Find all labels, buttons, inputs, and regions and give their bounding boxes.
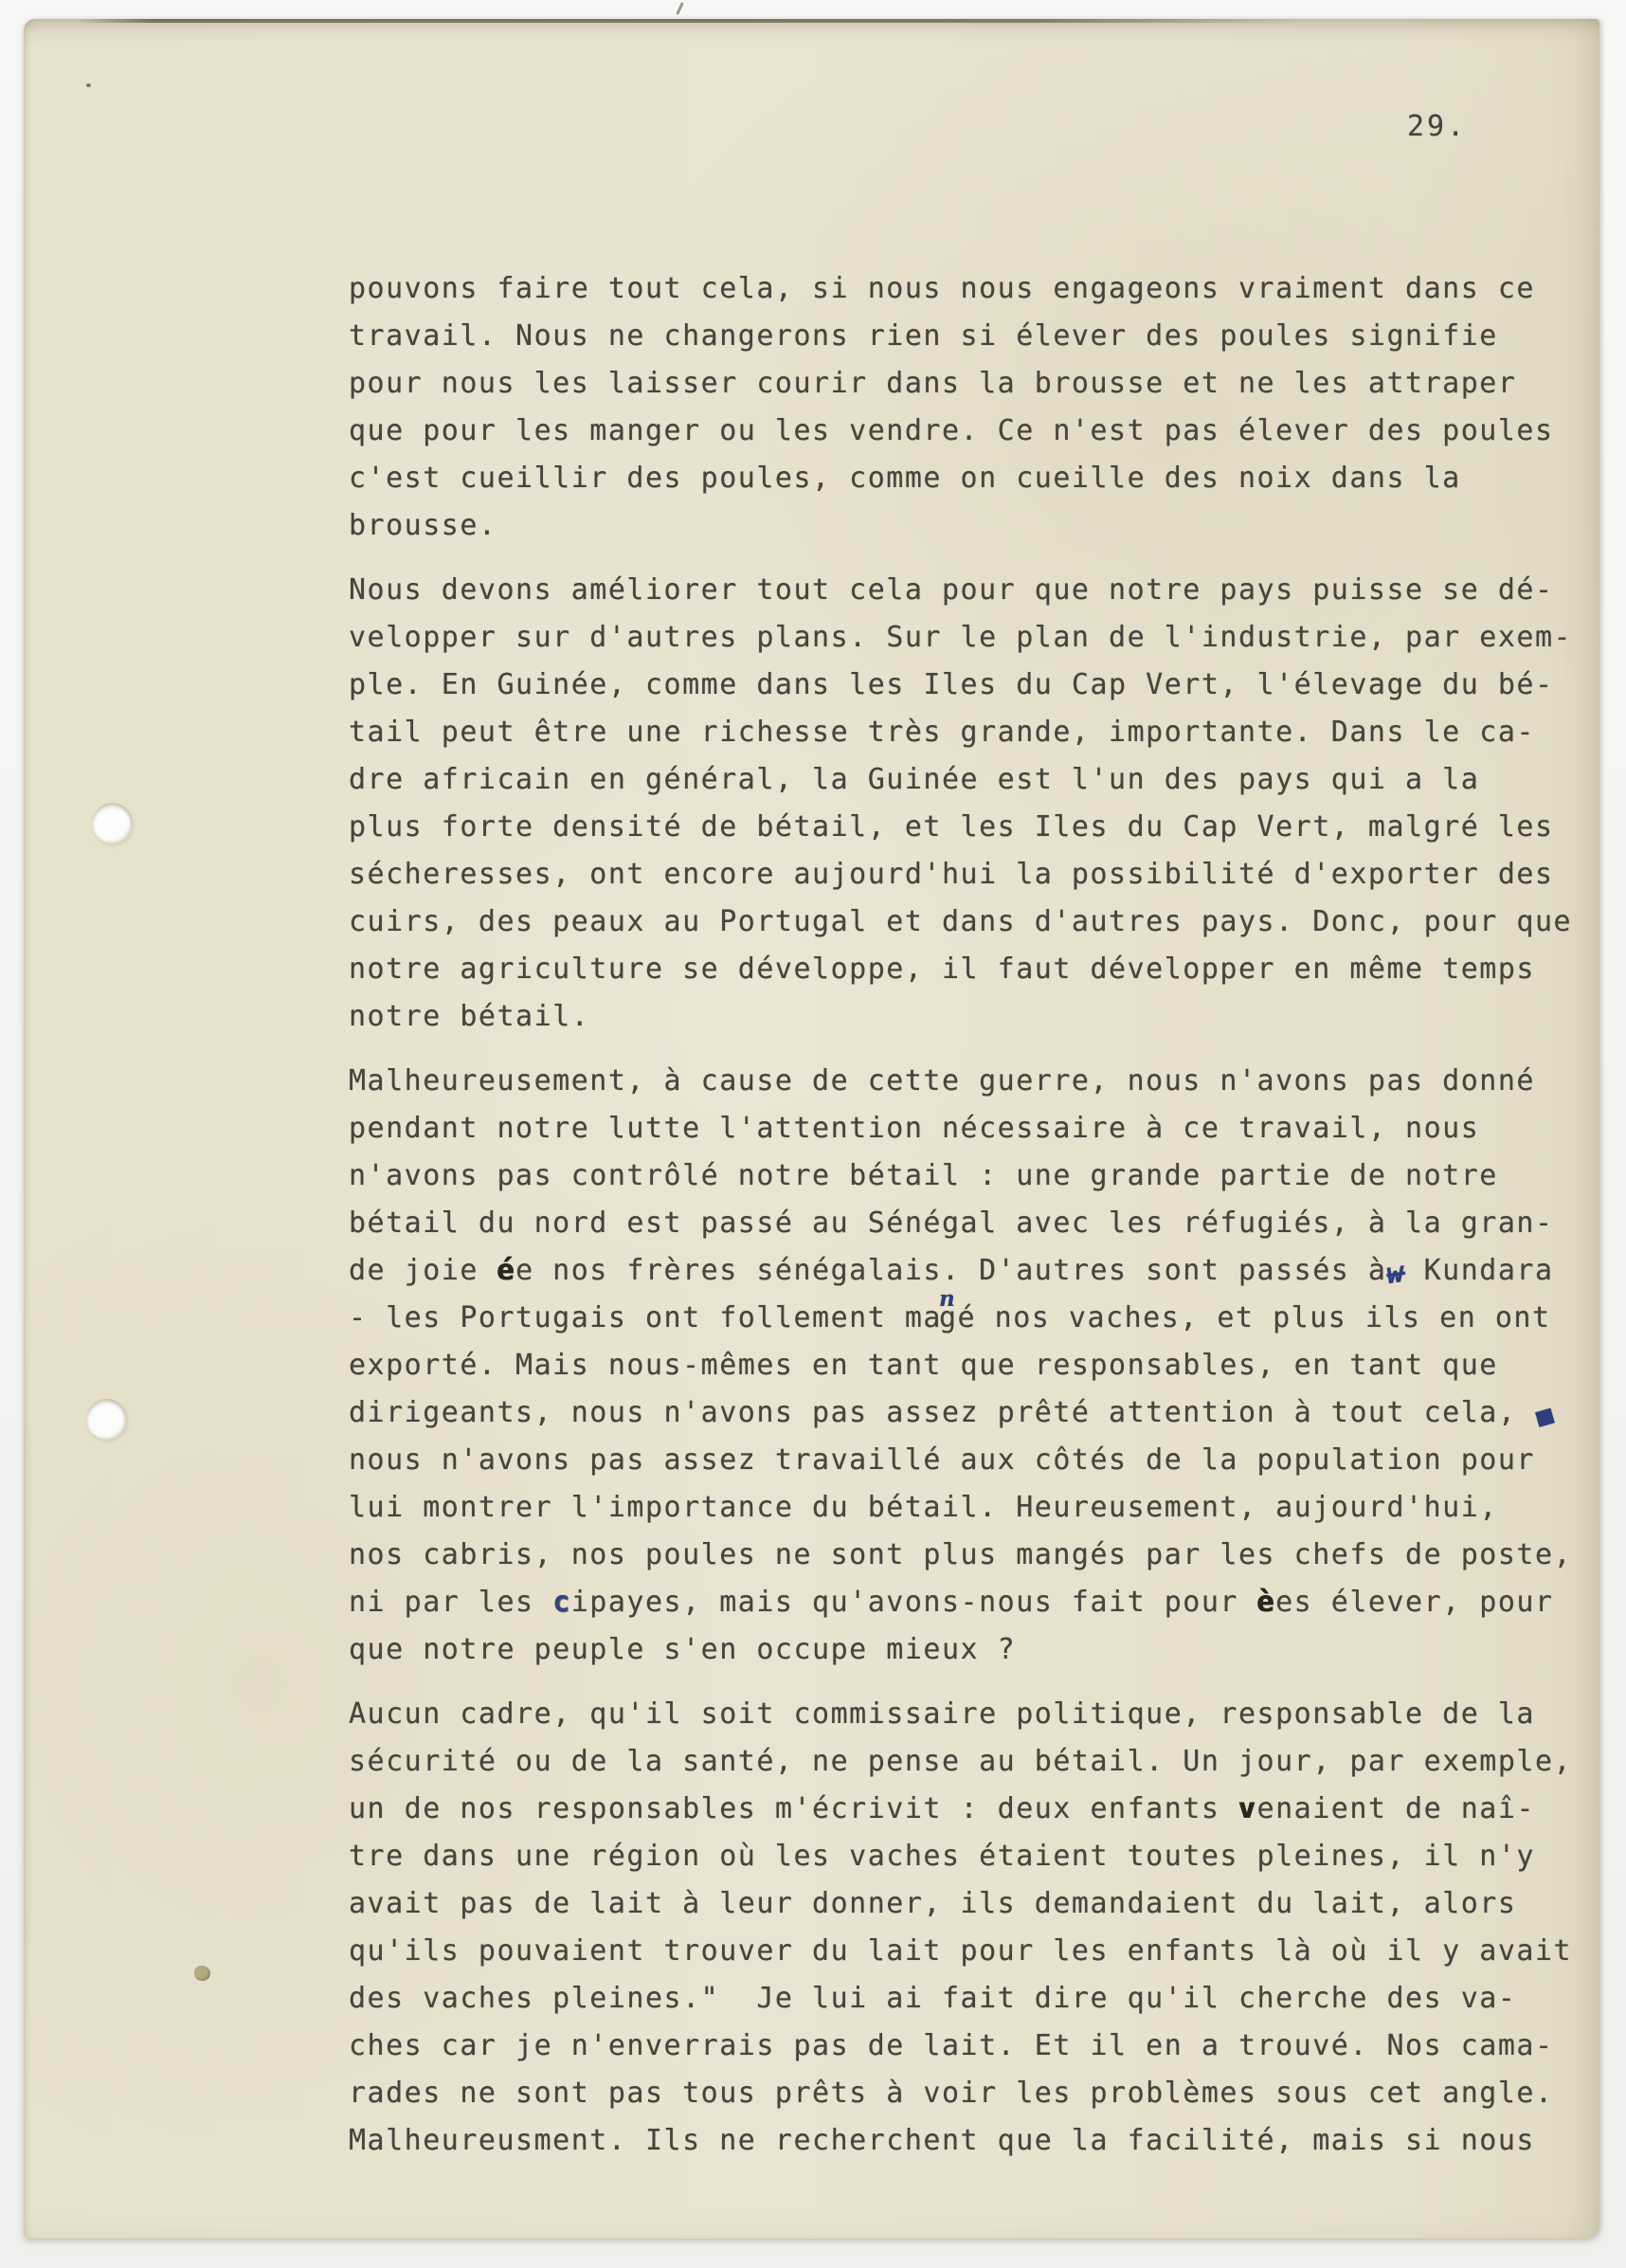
text-line: tre dans une région où les vaches étaien… — [349, 1833, 1599, 1880]
text-line: bétail du nord est passé au Sénégal avec… — [349, 1200, 1599, 1247]
text-line: nous n'avons pas assez travaillé aux côt… — [349, 1437, 1599, 1484]
text-line: dre africain en général, la Guinée est l… — [349, 756, 1599, 804]
paragraph: pouvons faire tout cela, si nous nous en… — [349, 265, 1599, 550]
text-segment: enaient de naî- — [1257, 1792, 1535, 1825]
text-segment: un de nos responsables m'écrivit : deux … — [349, 1792, 1238, 1825]
text-segment: - les Portugais ont follement ma — [349, 1301, 942, 1334]
text-line: exporté. Mais nous-mêmes en tant que res… — [349, 1342, 1599, 1389]
scan-background: 29. pouvons faire tout cela, si nous nou… — [0, 0, 1626, 2268]
text-line: n'avons pas contrôlé notre bétail : une … — [349, 1152, 1599, 1200]
overstruck-char: v — [1238, 1792, 1257, 1825]
text-segment: pouvons faire tout cela, si nous nous en… — [349, 272, 1535, 305]
text-line: plus forte densité de bétail, et les Ile… — [349, 804, 1599, 851]
text-line: pendant notre lutte l'attention nécessai… — [349, 1105, 1599, 1152]
text-line: travail. Nous ne changerons rien si élev… — [349, 313, 1599, 360]
text-line: des vaches pleines." Je lui ai fait dire… — [349, 1975, 1599, 2023]
text-segment: Kundara — [1405, 1254, 1554, 1287]
text-line: nos cabris, nos poules ne sont plus mang… — [349, 1532, 1599, 1579]
overstruck-char: é — [497, 1254, 516, 1287]
paper-speck — [86, 83, 91, 87]
text-segment: pour nous les laisser courir dans la bro… — [349, 367, 1516, 400]
text-segment: sécheresses, ont encore aujourd'hui la p… — [349, 858, 1554, 891]
text-line: rades ne sont pas tous prêts à voir les … — [349, 2070, 1599, 2117]
text-segment: notre bétail. — [349, 1000, 589, 1033]
text-segment: Malheureusment. Ils ne recherchent que l… — [349, 2124, 1535, 2157]
text-segment: notre agriculture se développe, il faut … — [349, 953, 1535, 986]
text-segment: exporté. Mais nous-mêmes en tant que res… — [349, 1349, 1498, 1382]
document-page: 29. pouvons faire tout cela, si nous nou… — [24, 19, 1599, 2239]
text-segment: travail. Nous ne changerons rien si élev… — [349, 319, 1498, 353]
text-line: brousse. — [349, 502, 1599, 550]
text-segment: velopper sur d'autres plans. Sur le plan… — [349, 621, 1572, 654]
text-segment: lui montrer l'importance du bétail. Heur… — [349, 1491, 1498, 1524]
text-segment: des vaches pleines." Je lui ai fait dire… — [349, 1982, 1516, 2015]
text-line: sécheresses, ont encore aujourd'hui la p… — [349, 851, 1599, 898]
text-line: tail peut être une richesse très grande,… — [349, 709, 1599, 756]
typewritten-text: pouvons faire tout cela, si nous nous en… — [349, 265, 1599, 2182]
text-segment: pendant notre lutte l'attention nécessai… — [349, 1112, 1479, 1145]
text-line: dirigeants, nous n'avons pas assez prêté… — [349, 1389, 1599, 1437]
text-line: velopper sur d'autres plans. Sur le plan… — [349, 614, 1599, 662]
text-line: - les Portugais ont follement mangé nos … — [349, 1295, 1599, 1342]
text-segment: cuirs, des peaux au Portugal et dans d'a… — [349, 905, 1572, 938]
paragraph: Nous devons améliorer tout cela pour que… — [349, 567, 1599, 1041]
text-segment: es élever, pour — [1275, 1586, 1553, 1619]
text-segment: tail peut être une richesse très grande,… — [349, 716, 1535, 749]
hole-punch — [92, 803, 133, 844]
text-line: avait pas de lait à leur donner, ils dem… — [349, 1880, 1599, 1928]
text-segment: bétail du nord est passé au Sénégal avec… — [349, 1207, 1554, 1240]
paragraph: Malheureusement, à cause de cette guerre… — [349, 1058, 1599, 1674]
text-segment: n'avons pas contrôlé notre bétail : une … — [349, 1159, 1498, 1192]
text-line: Nous devons améliorer tout cela pour que… — [349, 567, 1599, 614]
text-segment: e nos frères sénégalais. D'autres sont p… — [515, 1254, 1386, 1287]
text-line: pouvons faire tout cela, si nous nous en… — [349, 265, 1599, 313]
text-line: que notre peuple s'en occupe mieux ? — [349, 1626, 1599, 1674]
text-line: ni par les cipayes, mais qu'avons-nous f… — [349, 1579, 1599, 1626]
text-segment: c'est cueillir des poules, comme on cuei… — [349, 462, 1461, 495]
text-line: que pour les manger ou les vendre. Ce n'… — [349, 408, 1599, 455]
text-segment: de joie — [349, 1254, 497, 1287]
text-segment: que notre peuple s'en occupe mieux ? — [349, 1633, 1016, 1666]
text-segment: nos cabris, nos poules ne sont plus mang… — [349, 1538, 1572, 1571]
text-line: cuirs, des peaux au Portugal et dans d'a… — [349, 898, 1599, 946]
text-segment: nous n'avons pas assez travaillé aux côt… — [349, 1443, 1535, 1477]
hole-punch — [86, 1399, 127, 1440]
text-segment: ches car je n'enverrais pas de lait. Et … — [349, 2029, 1554, 2062]
text-segment: sécurité ou de la santé, ne pense au bét… — [349, 1745, 1572, 1778]
text-line: un de nos responsables m'écrivit : deux … — [349, 1786, 1599, 1833]
text-line: c'est cueillir des poules, comme on cuei… — [349, 455, 1599, 502]
paragraph: Aucun cadre, qu'il soit commissaire poli… — [349, 1691, 1599, 2165]
text-segment: ipayes, mais qu'avons-nous fait pour — [571, 1586, 1257, 1619]
text-line: qu'ils pouvaient trouver du lait pour le… — [349, 1928, 1599, 1975]
text-segment: que pour les manger ou les vendre. Ce n'… — [349, 414, 1554, 447]
text-line: notre bétail. — [349, 993, 1599, 1041]
overstruck-char: è — [1257, 1586, 1276, 1619]
text-segment: avait pas de lait à leur donner, ils dem… — [349, 1887, 1516, 1920]
text-line: notre agriculture se développe, il faut … — [349, 946, 1599, 993]
text-segment: dre africain en général, la Guinée est l… — [349, 763, 1479, 796]
text-segment: brousse. — [349, 509, 497, 542]
text-segment: tre dans une région où les vaches étaien… — [349, 1840, 1535, 1873]
text-line: Malheureusement, à cause de cette guerre… — [349, 1058, 1599, 1105]
text-line: ple. En Guinée, comme dans les Iles du C… — [349, 662, 1599, 709]
text-segment: gé nos vaches, et plus ils en ont — [939, 1301, 1551, 1334]
text-segment: Nous devons améliorer tout cela pour que… — [349, 573, 1554, 607]
text-line: sécurité ou de la santé, ne pense au bét… — [349, 1738, 1599, 1786]
text-segment: dirigeants, nous n'avons pas assez prêté… — [349, 1396, 1535, 1429]
text-segment: Aucun cadre, qu'il soit commissaire poli… — [349, 1697, 1535, 1731]
text-line: lui montrer l'importance du bétail. Heur… — [349, 1484, 1599, 1532]
text-segment: ni par les — [349, 1586, 552, 1619]
paper-speck — [194, 1966, 210, 1981]
text-segment: plus forte densité de bétail, et les Ile… — [349, 810, 1554, 844]
text-line: de joie ée nos frères sénégalais. D'autr… — [349, 1247, 1599, 1295]
text-line: pour nous les laisser courir dans la bro… — [349, 360, 1599, 408]
ink-corrected-c: c — [552, 1586, 571, 1619]
text-segment: qu'ils pouvaient trouver du lait pour le… — [349, 1934, 1572, 1968]
text-line: ches car je n'enverrais pas de lait. Et … — [349, 2023, 1599, 2070]
text-segment: ple. En Guinée, comme dans les Iles du C… — [349, 668, 1554, 701]
scan-artifact — [676, 2, 684, 15]
text-segment: rades ne sont pas tous prêts à voir les … — [349, 2077, 1554, 2110]
text-line: Malheureusment. Ils ne recherchent que l… — [349, 2117, 1599, 2165]
text-line: Aucun cadre, qu'il soit commissaire poli… — [349, 1691, 1599, 1738]
page-number: 29. — [1407, 110, 1467, 143]
text-segment: Malheureusement, à cause de cette guerre… — [349, 1064, 1535, 1098]
